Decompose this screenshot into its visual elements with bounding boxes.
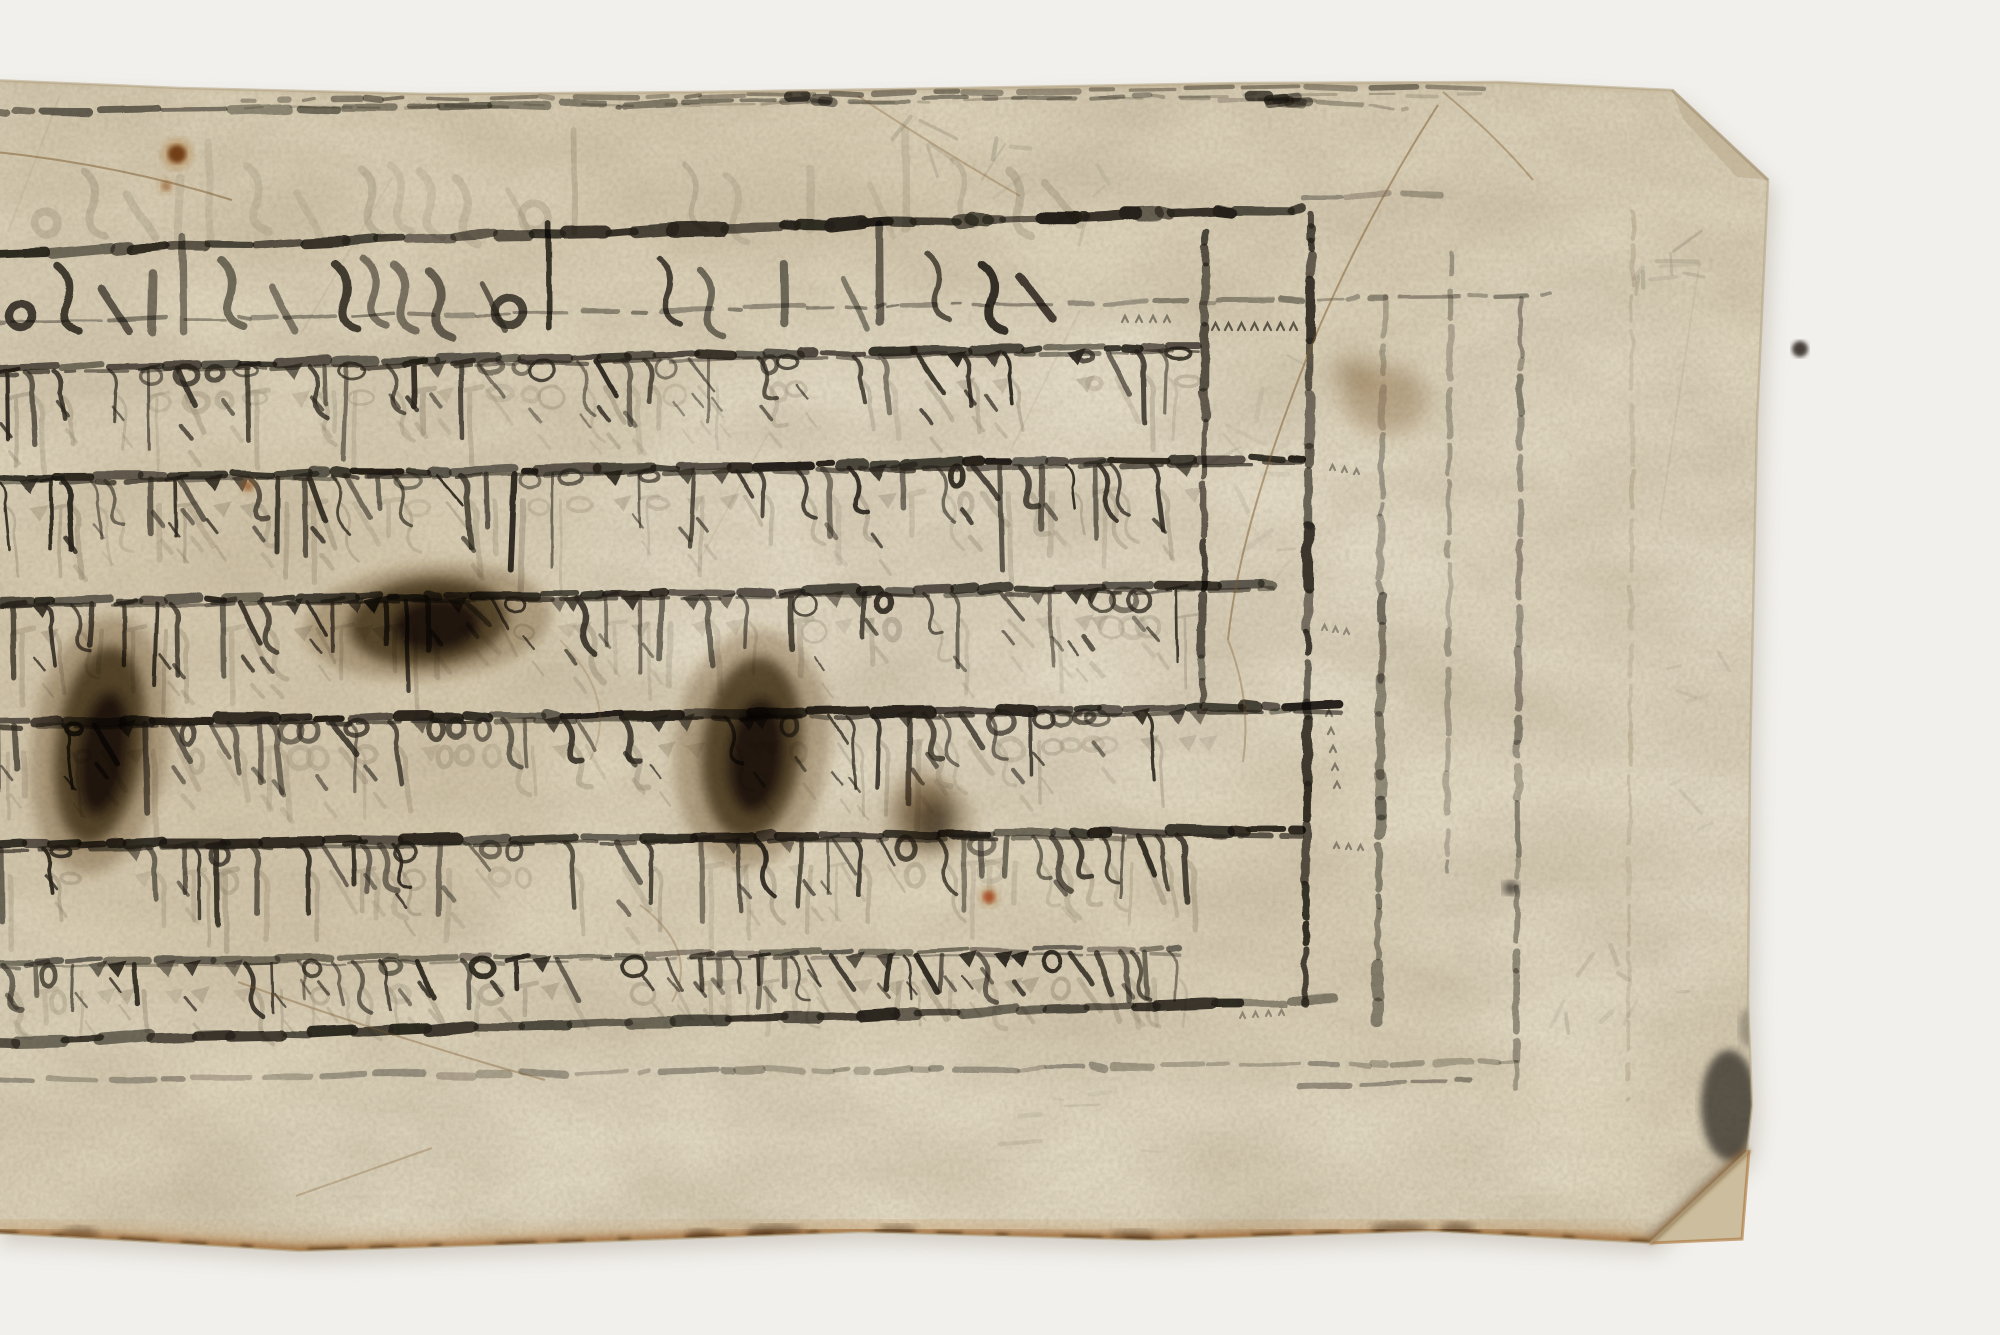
manuscript-photo-stage — [0, 0, 2000, 1335]
backdrop-specks — [1792, 341, 1808, 357]
manuscript-photo — [0, 0, 2000, 1335]
